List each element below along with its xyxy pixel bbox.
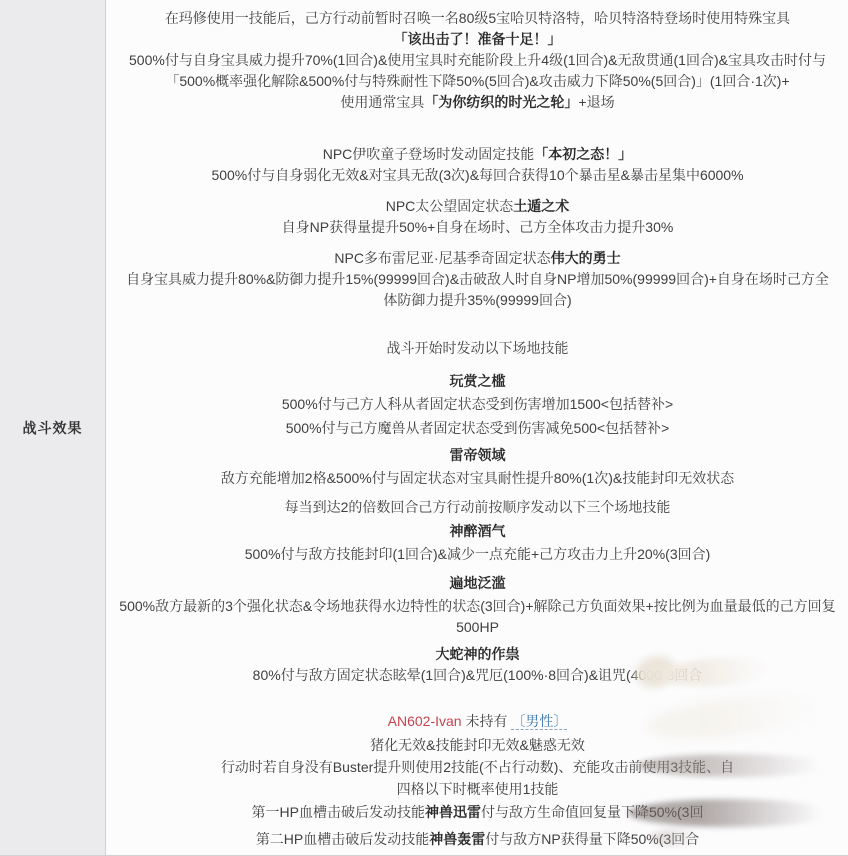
noble-phantasm-name: 「为你纺织的时光之轮」 — [424, 94, 578, 110]
text-line: 500%付与己方人科从者固定状态受到伤害增加1500<包括替补> — [107, 394, 848, 415]
text-segment: 付与敌方NP获得量下降50%(3回合 — [485, 831, 699, 847]
text-line: NPC多布雷尼亚·尼基季奇固定状态伟大的勇士 — [107, 248, 848, 269]
text-line: 500%敌方最新的3个强化状态&令场地获得水边特性的状态(3回合)+解除己方负面… — [107, 596, 848, 617]
text-segment: NPC伊吹童子登场时发动固定技能 — [323, 146, 535, 162]
text-line: 80%付与敌方固定状态眩晕(1回合)&咒厄(100%·8回合)&诅咒(4000·… — [107, 665, 848, 686]
field-skill-name: 大蛇神的作祟 — [436, 646, 520, 662]
row-header-label: 战斗效果 — [23, 418, 83, 438]
text-segment: 「500%概率强化解除&500%付与特殊耐性下降50%(5回合)&攻击威力下降5… — [165, 73, 789, 89]
text-segment: 体防御力提升35%(99999回合) — [383, 292, 571, 308]
skill-name: 「本初之态！」 — [534, 146, 632, 162]
text-segment: NPC太公望固定状态 — [386, 198, 514, 214]
text-line: NPC伊吹童子登场时发动固定技能「本初之态！」 — [107, 144, 848, 165]
skill-name: 土遁之术 — [513, 198, 569, 214]
text-line: 使用通常宝具「为你纺织的时光之轮」+退场 — [107, 92, 848, 113]
text-segment: 在玛修使用一技能后，己方行动前暂时召唤一名80级5宝哈贝特洛特，哈贝特洛特登场时… — [165, 10, 790, 26]
link-an602-ivan[interactable]: AN602-Ivan — [388, 713, 462, 729]
text-segment: 猪化无效&技能封印无效&魅惑无效 — [370, 737, 585, 753]
text-segment: 500%付与己方人科从者固定状态受到伤害增加1500<包括替补> — [282, 396, 673, 412]
text-segment: 未持有 — [462, 713, 512, 729]
noble-phantasm-name: 「该出击了！准备十足！」 — [394, 31, 562, 47]
text-line: 自身宝具威力提升80%&防御力提升15%(99999回合)&击破敌人时自身NP增… — [107, 269, 848, 290]
text-segment: 500%敌方最新的3个强化状态&令场地获得水边特性的状态(3回合)+解除己方负面… — [119, 598, 835, 614]
text-line: 第二HP血槽击破后发动技能神兽轰雷付与敌方NP获得量下降50%(3回合 — [107, 829, 848, 850]
text-segment: 第一HP血槽击破后发动技能 — [252, 804, 425, 820]
text-segment: 500%付与自身宝具威力提升70%(1回合)&使用宝具时充能阶段上升4级(1回合… — [129, 52, 826, 68]
text-segment: 每当到达2的倍数回合己方行动前按顺序发动以下三个场地技能 — [285, 499, 671, 515]
skill-name: 神兽迅雷 — [425, 804, 481, 820]
text-segment: 战斗开始时发动以下场地技能 — [387, 340, 569, 356]
text-line: 500%付与己方魔兽从者固定状态受到伤害减免500<包括替补> — [107, 418, 848, 439]
field-skill-name: 玩赏之槛 — [450, 373, 506, 389]
text-line: 第一HP血槽击破后发动技能神兽迅雷付与敌方生命值回复量下降50%(3回 — [107, 802, 848, 823]
battle-effects-row: 战斗效果 在玛修使用一技能后，己方行动前暂时召唤一名80级5宝哈贝特洛特，哈贝特… — [0, 0, 848, 856]
row-header-cell: 战斗效果 — [0, 0, 106, 855]
text-line: 500%付与自身宝具威力提升70%(1回合)&使用宝具时充能阶段上升4级(1回合… — [107, 50, 848, 71]
field-skill-name: 神醉酒气 — [450, 523, 506, 539]
text-segment: 500%付与自身弱化无效&对宝具无敌(3次)&每回合获得10个暴击星&暴击星集中… — [211, 167, 743, 183]
text-line: 遍地泛滥 — [107, 573, 848, 594]
text-line: 四格以下时概率使用1技能 — [107, 779, 848, 800]
text-segment: 使用通常宝具 — [340, 94, 424, 110]
text-segment: 付与敌方生命值回复量下降50%(3回 — [481, 804, 703, 820]
text-segment: 500%付与己方魔兽从者固定状态受到伤害减免500<包括替补> — [286, 420, 670, 436]
text-line: 500%付与自身弱化无效&对宝具无敌(3次)&每回合获得10个暴击星&暴击星集中… — [107, 165, 848, 186]
text-line: 自身NP获得量提升50%+自身在场时、己方全体攻击力提升30% — [107, 217, 848, 238]
text-line: 「500%概率强化解除&500%付与特殊耐性下降50%(5回合)&攻击威力下降5… — [107, 71, 848, 92]
text-segment: NPC多布雷尼亚·尼基季奇固定状态 — [334, 250, 550, 266]
text-line: NPC太公望固定状态土遁之术 — [107, 196, 848, 217]
text-segment: 行动时若自身没有Buster提升则使用2技能(不占行动数)、充能攻击前使用3技能… — [221, 759, 734, 775]
text-line: 战斗开始时发动以下场地技能 — [107, 338, 848, 359]
field-skill-name: 遍地泛滥 — [450, 575, 506, 591]
text-line: 500HP — [107, 617, 848, 638]
text-segment: +退场 — [578, 94, 614, 110]
text-segment: 第二HP血槽击破后发动技能 — [256, 831, 429, 847]
text-line: 500%付与敌方技能封印(1回合)&减少一点充能+己方攻击力上升20%(3回合) — [107, 544, 848, 565]
text-line: 雷帝领域 — [107, 445, 848, 466]
text-line: AN602-Ivan 未持有 〔男性〕 — [107, 711, 848, 732]
text-segment: 敌方充能增加2格&500%付与固定状态对宝具耐性提升80%(1次)&技能封印无效… — [221, 470, 734, 486]
link-male-trait[interactable]: 〔男性〕 — [511, 713, 567, 730]
text-line: 「该出击了！准备十足！」 — [107, 29, 848, 50]
field-skill-name: 雷帝领域 — [450, 447, 506, 463]
text-segment: 四格以下时概率使用1技能 — [397, 781, 559, 797]
text-line: 在玛修使用一技能后，己方行动前暂时召唤一名80级5宝哈贝特洛特，哈贝特洛特登场时… — [107, 8, 848, 29]
text-line: 敌方充能增加2格&500%付与固定状态对宝具耐性提升80%(1次)&技能封印无效… — [107, 468, 848, 489]
text-line: 体防御力提升35%(99999回合) — [107, 290, 848, 311]
text-line: 猪化无效&技能封印无效&魅惑无效 — [107, 735, 848, 756]
text-segment: 自身NP获得量提升50%+自身在场时、己方全体攻击力提升30% — [282, 219, 674, 235]
skill-name: 神兽轰雷 — [429, 831, 485, 847]
text-segment: 自身宝具威力提升80%&防御力提升15%(99999回合)&击破敌人时自身NP增… — [126, 271, 829, 287]
text-segment: 500%付与敌方技能封印(1回合)&减少一点充能+己方攻击力上升20%(3回合) — [245, 546, 711, 562]
skill-name: 伟大的勇士 — [551, 250, 621, 266]
text-segment: 80%付与敌方固定状态眩晕(1回合)&咒厄(100%·8回合)&诅咒(4000·… — [253, 667, 703, 683]
text-line: 每当到达2的倍数回合己方行动前按顺序发动以下三个场地技能 — [107, 497, 848, 518]
battle-effects-content: 在玛修使用一技能后，己方行动前暂时召唤一名80级5宝哈贝特洛特，哈贝特洛特登场时… — [107, 0, 848, 855]
text-line: 大蛇神的作祟 — [107, 644, 848, 665]
text-line: 玩赏之槛 — [107, 371, 848, 392]
text-line: 行动时若自身没有Buster提升则使用2技能(不占行动数)、充能攻击前使用3技能… — [107, 757, 848, 778]
text-segment: 500HP — [456, 619, 499, 635]
text-line: 神醉酒气 — [107, 521, 848, 542]
